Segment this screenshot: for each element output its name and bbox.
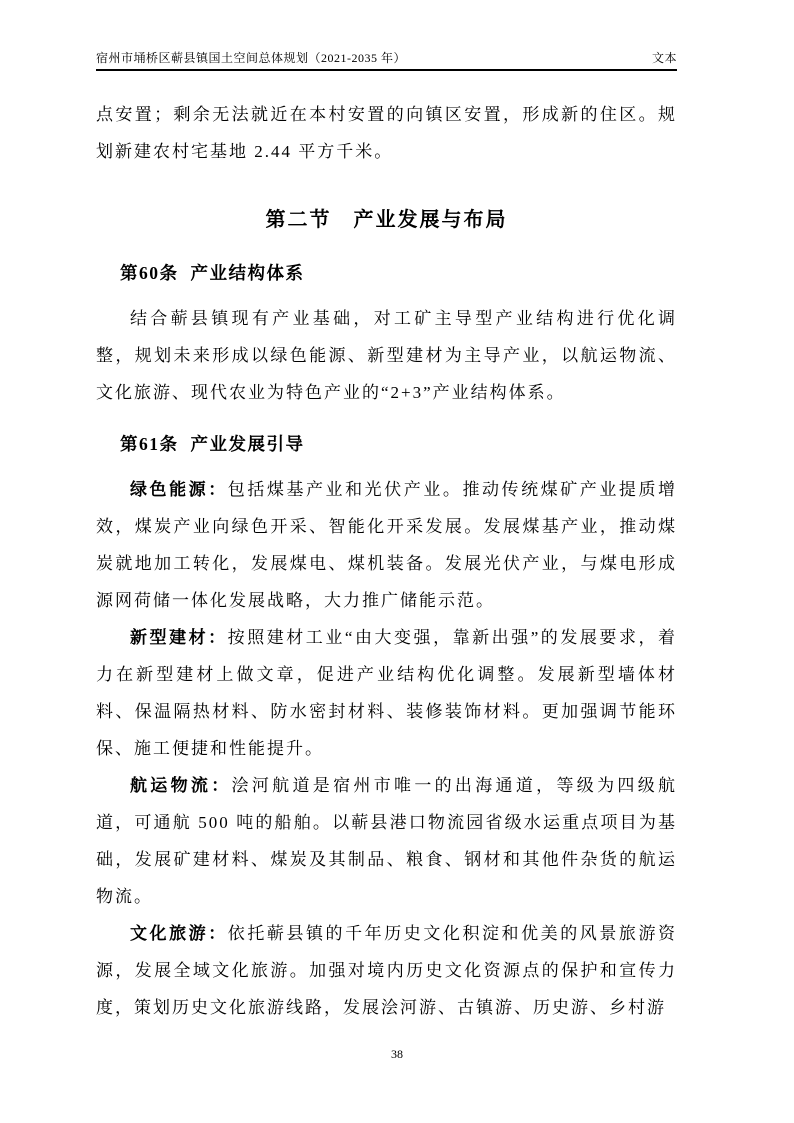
article-60-title: 产业结构体系 [191, 263, 305, 283]
industry-lead-green-energy: 绿色能源： [130, 480, 228, 499]
industry-lead-culture-tourism: 文化旅游： [130, 924, 228, 943]
page-header: 宿州市埇桥区蕲县镇国土空间总体规划（2021-2035 年） 文本 [96, 50, 677, 71]
page-content: 点安置；剩余无法就近在本村安置的向镇区安置，形成新的住区。规划新建农村宅基地 2… [96, 72, 677, 1026]
header-title: 宿州市埇桥区蕲县镇国土空间总体规划（2021-2035 年） [96, 50, 406, 66]
page-footer: 38 [0, 1047, 794, 1061]
industry-text-new-materials: 按照建材工业“由大变强，靠新出强”的发展要求，着力在新型建材上做文章，促进产业结… [96, 628, 677, 758]
industry-lead-shipping-logistics: 航运物流： [130, 776, 232, 795]
industry-paragraph-shipping-logistics: 航运物流：浍河航道是宿州市唯一的出海通道，等级为四级航道，可通航 500 吨的船… [96, 767, 677, 915]
document-page: 宿州市埇桥区蕲县镇国土空间总体规划（2021-2035 年） 文本 点安置；剩余… [0, 0, 794, 1123]
page-number: 38 [391, 1047, 403, 1061]
article-60-heading: 第60条产业结构体系 [120, 258, 677, 288]
industry-paragraph-culture-tourism: 文化旅游：依托蕲县镇的千年历史文化积淀和优美的风景旅游资源，发展全域文化旅游。加… [96, 915, 677, 1026]
industry-paragraph-new-materials: 新型建材：按照建材工业“由大变强，靠新出强”的发展要求，着力在新型建材上做文章，… [96, 619, 677, 767]
article-61-heading: 第61条产业发展引导 [120, 429, 677, 459]
industry-paragraph-green-energy: 绿色能源：包括煤基产业和光伏产业。推动传统煤矿产业提质增效，煤炭产业向绿色开采、… [96, 471, 677, 619]
continuation-paragraph: 点安置；剩余无法就近在本村安置的向镇区安置，形成新的住区。规划新建农村宅基地 2… [96, 96, 677, 170]
article-61-title: 产业发展引导 [191, 434, 305, 454]
section-heading: 第二节 产业发展与布局 [96, 200, 677, 240]
industry-text-shipping-logistics: 浍河航道是宿州市唯一的出海通道，等级为四级航道，可通航 500 吨的船舶。以蕲县… [96, 776, 677, 906]
article-60-paragraph: 结合蕲县镇现有产业基础，对工矿主导型产业结构进行优化调整，规划未来形成以绿色能源… [96, 300, 677, 411]
article-61-number: 第61条 [120, 434, 179, 454]
header-doc-type: 文本 [652, 50, 677, 66]
article-60-number: 第60条 [120, 263, 179, 283]
industry-lead-new-materials: 新型建材： [130, 628, 228, 647]
industry-text-green-energy: 包括煤基产业和光伏产业。推动传统煤矿产业提质增效，煤炭产业向绿色开采、智能化开采… [96, 480, 677, 610]
